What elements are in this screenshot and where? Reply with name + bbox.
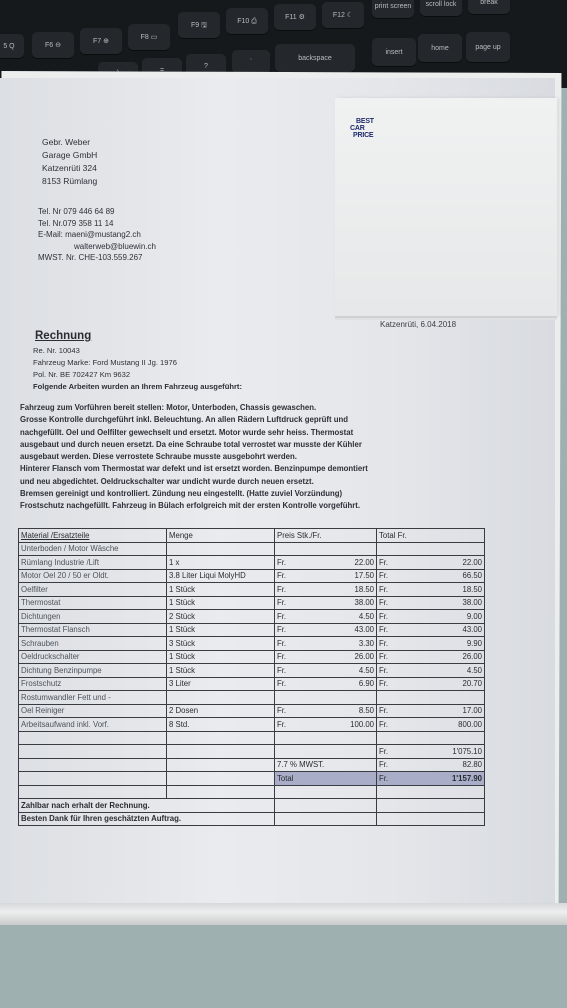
work-line: Frostschutz nachgefüllt. Fahrzeug in Bül…: [20, 500, 500, 512]
amount: 26.00: [462, 652, 482, 661]
currency-label: Fr.: [379, 760, 388, 769]
item-name: Rostumwandler Fett und -: [19, 691, 167, 705]
street: Katzenrüti 324: [42, 162, 97, 175]
item-quantity: 3.8 Liter Liqui MolyHD: [167, 569, 275, 583]
key-f11: F11 ⚙: [274, 4, 316, 30]
item-quantity: 3 Liter: [167, 677, 275, 691]
currency-label: Fr.: [277, 612, 286, 621]
amount: 17.00: [462, 706, 482, 715]
amount: 800.00: [458, 720, 482, 729]
paper-edge: [0, 903, 567, 925]
blank: [167, 758, 275, 772]
currency-label: Fr.: [277, 558, 286, 567]
footer-note: Besten Dank für Ihren geschätzten Auftra…: [19, 812, 275, 826]
blank: [167, 785, 275, 799]
currency-label: Fr.: [277, 598, 286, 607]
amount: 22.00: [462, 558, 482, 567]
currency-label: Fr.: [379, 571, 388, 580]
table-row: Rümlang Industrie /Lift1 xFr.22.00Fr.22.…: [19, 556, 485, 570]
key-home: home: [418, 34, 462, 62]
amount: 18.50: [354, 585, 374, 594]
company-name: Gebr. Weber: [42, 136, 97, 149]
notepad: BEST CAR PRICE: [335, 98, 557, 316]
key-f8: F8 ▭: [128, 24, 170, 50]
item-quantity: 3 Stück: [167, 637, 275, 651]
blank: [19, 745, 167, 759]
logo-line: PRICE: [350, 132, 374, 139]
currency-label: Fr.: [379, 585, 388, 594]
amount: 3.30: [359, 639, 374, 648]
amount: 18.50: [462, 585, 482, 594]
key-backtick: `: [232, 50, 270, 74]
amount: 20.70: [462, 679, 482, 688]
blank: [377, 799, 485, 813]
item-total: Fr.18.50: [377, 583, 485, 597]
key-f10: F10 ⎙: [226, 8, 268, 34]
key-f9: F9 🖫: [178, 12, 220, 38]
currency-label: Fr.: [379, 720, 388, 729]
amount: 38.00: [462, 598, 482, 607]
total-amount: Fr.1'157.90: [377, 772, 485, 786]
table-row: Unterboden / Motor Wäsche: [19, 542, 485, 556]
table-row: Frostschutz3 LiterFr.6.90Fr.20.70: [19, 677, 485, 691]
item-name: Schrauben: [19, 637, 167, 651]
item-unit-price: Fr.17.50: [275, 569, 377, 583]
vat-number: MWST. Nr. CHE-103.559.267: [38, 252, 156, 264]
item-total: Fr.4.50: [377, 664, 485, 678]
item-unit-price: Fr.8.50: [275, 704, 377, 718]
item-quantity: [167, 542, 275, 556]
vat-label: 7.7 % MWST.: [275, 758, 377, 772]
item-total: [377, 691, 485, 705]
item-name: Oelfilter: [19, 583, 167, 597]
header-material: Material /Ersatzteile: [19, 529, 167, 543]
table-row: Oel Reiniger2 DosenFr.8.50Fr.17.00: [19, 704, 485, 718]
footer-row: Besten Dank für Ihren geschätzten Auftra…: [19, 812, 485, 826]
invoice-title: Rechnung: [35, 330, 91, 342]
item-name: Oel Reiniger: [19, 704, 167, 718]
blank: [377, 812, 485, 826]
phone-2: Tel. Nr.079 358 11 14: [38, 218, 156, 230]
blank: [275, 745, 377, 759]
currency-label: Fr.: [277, 679, 286, 688]
amount: 4.50: [359, 612, 374, 621]
amount: 22.00: [354, 558, 374, 567]
work-intro: Folgende Arbeiten wurden an Ihrem Fahrze…: [33, 381, 242, 393]
amount: 38.00: [354, 598, 374, 607]
subtotal-row: Fr.1'075.10: [19, 745, 485, 759]
item-name: [19, 731, 167, 745]
item-unit-price: Fr.26.00: [275, 650, 377, 664]
item-quantity: 1 Stück: [167, 664, 275, 678]
item-name: Frostschutz: [19, 677, 167, 691]
item-unit-price: Fr.100.00: [275, 718, 377, 732]
currency-label: Fr.: [379, 639, 388, 648]
item-total: [377, 731, 485, 745]
item-quantity: 2 Dosen: [167, 704, 275, 718]
blank: [19, 758, 167, 772]
table-row: Schrauben3 StückFr.3.30Fr.9.90: [19, 637, 485, 651]
item-total: Fr.26.00: [377, 650, 485, 664]
header-unit-price: Preis Stk./Fr.: [275, 529, 377, 543]
invoice-date: Katzenrüti, 6.04.2018: [380, 320, 456, 329]
item-total: Fr.17.00: [377, 704, 485, 718]
table-row: [19, 731, 485, 745]
item-name: Unterboden / Motor Wäsche: [19, 542, 167, 556]
item-total: Fr.66.50: [377, 569, 485, 583]
key-insert: insert: [372, 38, 416, 66]
currency-label: Fr.: [379, 558, 388, 567]
item-total: [377, 542, 485, 556]
work-line: Hinterer Flansch vom Thermostat war defe…: [20, 463, 500, 475]
currency-label: Fr.: [379, 774, 388, 783]
invoice-number: Re. Nr. 10043: [33, 345, 242, 357]
item-quantity: 1 Stück: [167, 583, 275, 597]
currency-label: Fr.: [379, 598, 388, 607]
item-name: Motor Oel 20 / 50 er Oldt.: [19, 569, 167, 583]
company-type: Garage GmbH: [42, 149, 97, 162]
item-unit-price: Fr.18.50: [275, 583, 377, 597]
amount: 66.50: [462, 571, 482, 580]
item-unit-price: [275, 731, 377, 745]
subtotal-amount: Fr.1'075.10: [377, 745, 485, 759]
table-header-row: Material /Ersatzteile Menge Preis Stk./F…: [19, 529, 485, 543]
key-f6: F6 ⊖: [32, 32, 74, 58]
item-name: Arbeitsaufwand inkl. Vorf.: [19, 718, 167, 732]
work-line: und neu abgedichtet. Oeldruckschalter wa…: [20, 476, 500, 488]
vehicle-info: Fahrzeug Marke: Ford Mustang II Jg. 1976: [33, 357, 242, 369]
work-line: ausgebaut und durch neuen ersetzt. Da ei…: [20, 439, 500, 451]
city: 8153 Rümlang: [42, 175, 97, 188]
amount: 4.50: [359, 666, 374, 675]
footer-note: Zahlbar nach erhalt der Rechnung.: [19, 799, 275, 813]
table-row: Thermostat1 StückFr.38.00Fr.38.00: [19, 596, 485, 610]
item-total: Fr.38.00: [377, 596, 485, 610]
table-row: Motor Oel 20 / 50 er Oldt.3.8 Liter Liqu…: [19, 569, 485, 583]
currency-label: Fr.: [277, 666, 286, 675]
item-name: Dichtungen: [19, 610, 167, 624]
item-total: Fr.9.90: [377, 637, 485, 651]
item-unit-price: [275, 542, 377, 556]
email-1: E-Mail: maeni@mustang2.ch: [38, 229, 156, 241]
currency-label: Fr.: [379, 747, 388, 756]
total-row: TotalFr.1'157.90: [19, 772, 485, 786]
item-name: Rümlang Industrie /Lift: [19, 556, 167, 570]
amount: 6.90: [359, 679, 374, 688]
item-name: Thermostat: [19, 596, 167, 610]
footer-row: Zahlbar nach erhalt der Rechnung.: [19, 799, 485, 813]
currency-label: Fr.: [379, 625, 388, 634]
logo-line: CAR: [350, 125, 374, 132]
item-quantity: 8 Std.: [167, 718, 275, 732]
key-page-up: page up: [466, 32, 510, 62]
header-quantity: Menge: [167, 529, 275, 543]
table-row: Thermostat Flansch1 StückFr.43.00Fr.43.0…: [19, 623, 485, 637]
item-total: Fr.22.00: [377, 556, 485, 570]
item-quantity: 1 Stück: [167, 596, 275, 610]
invoice-table: Material /Ersatzteile Menge Preis Stk./F…: [18, 528, 485, 826]
total-label: Total: [275, 772, 377, 786]
blank: [19, 772, 167, 786]
amount: 1'157.90: [452, 774, 482, 783]
work-description: Fahrzeug zum Vorführen bereit stellen: M…: [20, 402, 500, 513]
blank: [377, 785, 485, 799]
sender-address: Gebr. Weber Garage GmbH Katzenrüti 324 8…: [42, 136, 97, 188]
currency-label: Fr.: [277, 706, 286, 715]
currency-label: Fr.: [379, 612, 388, 621]
phone-1: Tel. Nr 079 446 64 89: [38, 206, 156, 218]
amount: 100.00: [350, 720, 374, 729]
email-2: walterweb@bluewin.ch: [38, 241, 156, 253]
item-name: Oeldruckschalter: [19, 650, 167, 664]
currency-label: Fr.: [277, 571, 286, 580]
item-quantity: 1 Stück: [167, 650, 275, 664]
work-line: nachgefüllt. Oel und Oelfilter gewechsel…: [20, 427, 500, 439]
currency-label: Fr.: [277, 625, 286, 634]
currency-label: Fr.: [379, 666, 388, 675]
blank: [275, 812, 377, 826]
work-line: ausgebaut werden. Diese verrostete Schra…: [20, 451, 500, 463]
currency-label: Fr.: [277, 639, 286, 648]
invoice-meta: Re. Nr. 10043 Fahrzeug Marke: Ford Musta…: [33, 345, 242, 393]
currency-label: Fr.: [277, 585, 286, 594]
item-unit-price: Fr.38.00: [275, 596, 377, 610]
plate-km: Pol. Nr. BE 702427 Km 9632: [33, 369, 242, 381]
item-total: Fr.20.70: [377, 677, 485, 691]
table-row: Arbeitsaufwand inkl. Vorf.8 Std.Fr.100.0…: [19, 718, 485, 732]
sender-contact: Tel. Nr 079 446 64 89 Tel. Nr.079 358 11…: [38, 206, 156, 264]
item-name: Dichtung Benzinpumpe: [19, 664, 167, 678]
blank: [275, 785, 377, 799]
amount: 82.80: [462, 760, 482, 769]
table-row: Rostumwandler Fett und -: [19, 691, 485, 705]
key-scroll-lock: scroll lock: [420, 0, 462, 16]
item-quantity: 2 Stück: [167, 610, 275, 624]
amount: 4.50: [467, 666, 482, 675]
table-row: Oeldruckschalter1 StückFr.26.00Fr.26.00: [19, 650, 485, 664]
best-car-price-logo: BEST CAR PRICE: [350, 118, 374, 139]
currency-label: Fr.: [277, 720, 286, 729]
item-total: Fr.43.00: [377, 623, 485, 637]
header-total: Total Fr.: [377, 529, 485, 543]
logo-line: BEST: [350, 118, 374, 125]
table-row: Dichtungen2 StückFr.4.50Fr.9.00: [19, 610, 485, 624]
item-unit-price: Fr.4.50: [275, 664, 377, 678]
key-f5: 5 Q: [0, 34, 24, 58]
item-name: Thermostat Flansch: [19, 623, 167, 637]
key-print-screen: print screen: [372, 0, 414, 18]
vat-amount: Fr.82.80: [377, 758, 485, 772]
item-quantity: 1 Stück: [167, 623, 275, 637]
item-unit-price: Fr.22.00: [275, 556, 377, 570]
key-f7: F7 ⊕: [80, 28, 122, 54]
currency-label: Fr.: [379, 679, 388, 688]
amount: 1'075.10: [452, 747, 482, 756]
amount: 8.50: [359, 706, 374, 715]
work-line: Bremsen gereinigt und kontrolliert. Zünd…: [20, 488, 500, 500]
item-unit-price: Fr.4.50: [275, 610, 377, 624]
key-f12: F12 ☾: [322, 2, 364, 28]
item-unit-price: Fr.3.30: [275, 637, 377, 651]
item-total: Fr.9.00: [377, 610, 485, 624]
item-total: Fr.800.00: [377, 718, 485, 732]
blank: [19, 785, 167, 799]
amount: 43.00: [462, 625, 482, 634]
work-line: Fahrzeug zum Vorführen bereit stellen: M…: [20, 402, 500, 414]
blank: [167, 772, 275, 786]
amount: 43.00: [354, 625, 374, 634]
key-backspace: backspace: [275, 44, 355, 72]
currency-label: Fr.: [379, 652, 388, 661]
currency-label: Fr.: [277, 652, 286, 661]
currency-label: Fr.: [379, 706, 388, 715]
amount: 26.00: [354, 652, 374, 661]
item-unit-price: Fr.43.00: [275, 623, 377, 637]
blank: [275, 799, 377, 813]
item-quantity: [167, 731, 275, 745]
amount: 17.50: [354, 571, 374, 580]
item-unit-price: [275, 691, 377, 705]
table-row: [19, 785, 485, 799]
item-quantity: 1 x: [167, 556, 275, 570]
blank: [167, 745, 275, 759]
table-row: Oelfilter1 StückFr.18.50Fr.18.50: [19, 583, 485, 597]
key-break: break: [468, 0, 510, 14]
work-line: Grosse Kontrolle durchgeführt inkl. Bele…: [20, 414, 500, 426]
item-unit-price: Fr.6.90: [275, 677, 377, 691]
vat-row: 7.7 % MWST.Fr.82.80: [19, 758, 485, 772]
item-quantity: [167, 691, 275, 705]
table-row: Dichtung Benzinpumpe1 StückFr.4.50Fr.4.5…: [19, 664, 485, 678]
amount: 9.00: [467, 612, 482, 621]
amount: 9.90: [467, 639, 482, 648]
